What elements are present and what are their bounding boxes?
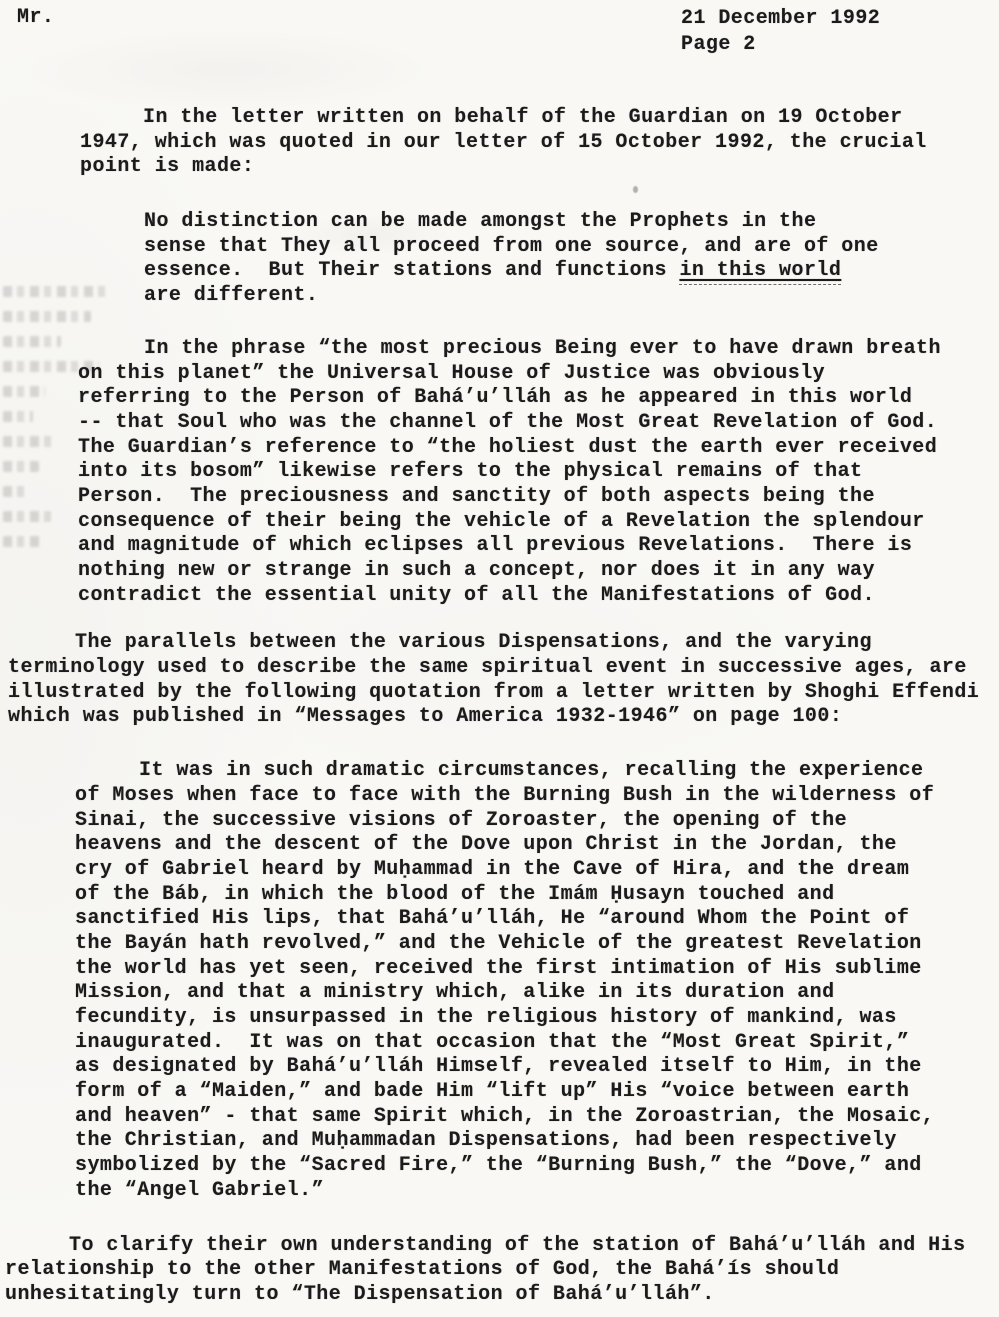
text-line: as designated by Bahá’u’lláh Himself, re… [75, 1055, 999, 1080]
text-line: the Bayán hath revolved,” and the Vehicl… [75, 932, 999, 957]
page-header: 21 December 1992 Page 2 [681, 6, 880, 58]
text-line: heavens and the descent of the Dove upon… [75, 833, 999, 858]
text-line: form of a “Maiden,” and bade Him “lift u… [75, 1080, 999, 1105]
text-line: Mission, and that a ministry which, alik… [75, 981, 999, 1006]
text-line: the “Angel Gabriel.” [75, 1179, 999, 1204]
text-line: To clarify their own understanding of th… [5, 1234, 999, 1259]
text-line: The Guardian’s reference to “the holiest… [78, 436, 999, 461]
block-quote-guardian-letter: No distinction can be made amongst the P… [144, 210, 999, 309]
letter-date: 21 December 1992 [681, 6, 880, 32]
paragraph-intro: In the letter written on behalf of the G… [80, 106, 999, 180]
text-line: symbolized by the “Sacred Fire,” the “Bu… [75, 1154, 999, 1179]
text-line: In the letter written on behalf of the G… [80, 106, 999, 131]
text-line: and magnitude of which eclipses all prev… [78, 534, 999, 559]
text-line: the Christian, and Muḥammadan Dispensati… [75, 1129, 999, 1154]
text-line: -- that Soul who was the channel of the … [78, 411, 999, 436]
text-line: on this planet” the Universal House of J… [78, 362, 999, 387]
underlined-phrase: in this world [679, 259, 841, 285]
text-line: essence. But Their stations and function… [144, 259, 999, 284]
text-line: consequence of their being the vehicle o… [78, 510, 999, 535]
page-number: Page 2 [681, 32, 880, 58]
text-line: contradict the essential unity of all th… [78, 584, 999, 609]
text-line: sanctified His lips, that Bahá’u’lláh, H… [75, 907, 999, 932]
block-quote-shoghi-effendi: It was in such dramatic circumstances, r… [75, 759, 999, 1203]
text-line: illustrated by the following quotation f… [8, 681, 999, 706]
text-line: of the Báb, in which the blood of the Im… [75, 883, 999, 908]
text-line: of Moses when face to face with the Burn… [75, 784, 999, 809]
text-line: the world has yet seen, received the fir… [75, 957, 999, 982]
letter-document-page: Mr. 21 December 1992 Page 2 In the lette… [0, 0, 999, 1317]
text-line: into its bosom” likewise refers to the p… [78, 460, 999, 485]
text-line: fecundity, is unsurpassed in the religio… [75, 1006, 999, 1031]
text-line: The parallels between the various Dispen… [8, 631, 999, 656]
text-line: relationship to the other Manifestations… [5, 1258, 999, 1283]
addressee-prefix: Mr. [17, 6, 54, 31]
text-line: point is made: [80, 155, 999, 180]
text-line: cry of Gabriel heard by Muḥammad in the … [75, 858, 999, 883]
paragraph-precious-being: In the phrase “the most precious Being e… [78, 337, 999, 609]
text-line: unhesitatingly turn to “The Dispensation… [5, 1283, 999, 1308]
text-line: terminology used to describe the same sp… [8, 656, 999, 681]
text-line: inaugurated. It was on that occasion tha… [75, 1031, 999, 1056]
text-segment: essence. But Their stations and function… [144, 259, 679, 282]
paragraph-parallels: The parallels between the various Dispen… [8, 631, 999, 730]
letter-body: In the letter written on behalf of the G… [0, 106, 999, 1308]
text-line: referring to the Person of Bahá’u’lláh a… [78, 386, 999, 411]
text-line: In the phrase “the most precious Being e… [78, 337, 999, 362]
text-line: and heaven” - that same Spirit which, in… [75, 1105, 999, 1130]
text-line: It was in such dramatic circumstances, r… [75, 759, 999, 784]
text-line: Sinai, the successive visions of Zoroast… [75, 809, 999, 834]
text-line: nothing new or strange in such a concept… [78, 559, 999, 584]
text-line: No distinction can be made amongst the P… [144, 210, 999, 235]
text-line: are different. [144, 284, 999, 309]
paragraph-conclusion: To clarify their own understanding of th… [5, 1234, 999, 1308]
text-line: 1947, which was quoted in our letter of … [80, 131, 999, 156]
text-line: Person. The preciousness and sanctity of… [78, 485, 999, 510]
text-line: sense that They all proceed from one sou… [144, 235, 999, 260]
text-line: which was published in “Messages to Amer… [8, 705, 999, 730]
